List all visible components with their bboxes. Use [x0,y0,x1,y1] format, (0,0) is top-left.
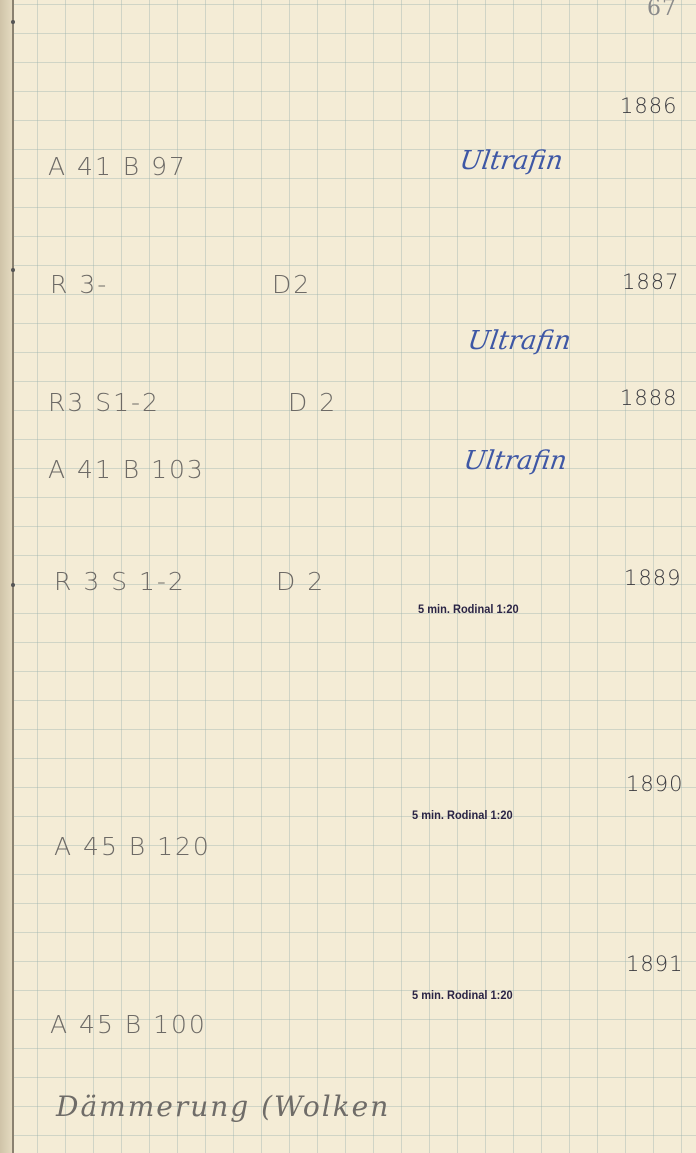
year-1887: 1887 [622,270,679,294]
year-1889: 1889 [624,566,681,590]
page-number: 67 [647,0,677,21]
binding-mark [11,268,15,272]
binding-mark [11,583,15,587]
year-1886: 1886 [620,94,677,118]
developer-stamp-1891: 5 min. Rodinal 1:20 [412,988,513,1002]
year-1890: 1890 [626,772,683,796]
entry-1888-d: D 2 [288,388,337,417]
entry-1886-exposure: A 41 B 97 [48,152,187,181]
binding-line [12,0,14,1153]
year-1891: 1891 [626,952,683,976]
entry-1891-exposure: A 45 B 100 [50,1010,207,1039]
entry-1887-film: Ultrafin [466,326,573,356]
entry-1889-d: D 2 [276,567,325,596]
year-1888: 1888 [620,386,677,410]
binding-mark [11,20,15,24]
developer-stamp-1890: 5 min. Rodinal 1:20 [412,808,513,822]
entry-1890-exposure: A 45 B 120 [54,832,211,861]
entry-1888-exposure: A 41 B 103 [48,455,205,484]
entry-1887-r: R 3- [50,270,108,299]
entry-1889-rs: R 3 S 1-2 [54,567,186,596]
notebook-page: 67 1886 A 41 B 97 Ultrafin 1887 R 3- D2 … [0,0,696,1153]
entry-1888-film: Ultrafin [462,446,569,476]
entry-1887-d: D2 [272,270,311,299]
entry-1886-film: Ultrafin [458,146,565,176]
footer-note: Dämmerung (Wolken [56,1090,390,1123]
entry-1888-rs: R3 S1-2 [48,388,160,417]
developer-stamp-1889: 5 min. Rodinal 1:20 [418,602,519,616]
